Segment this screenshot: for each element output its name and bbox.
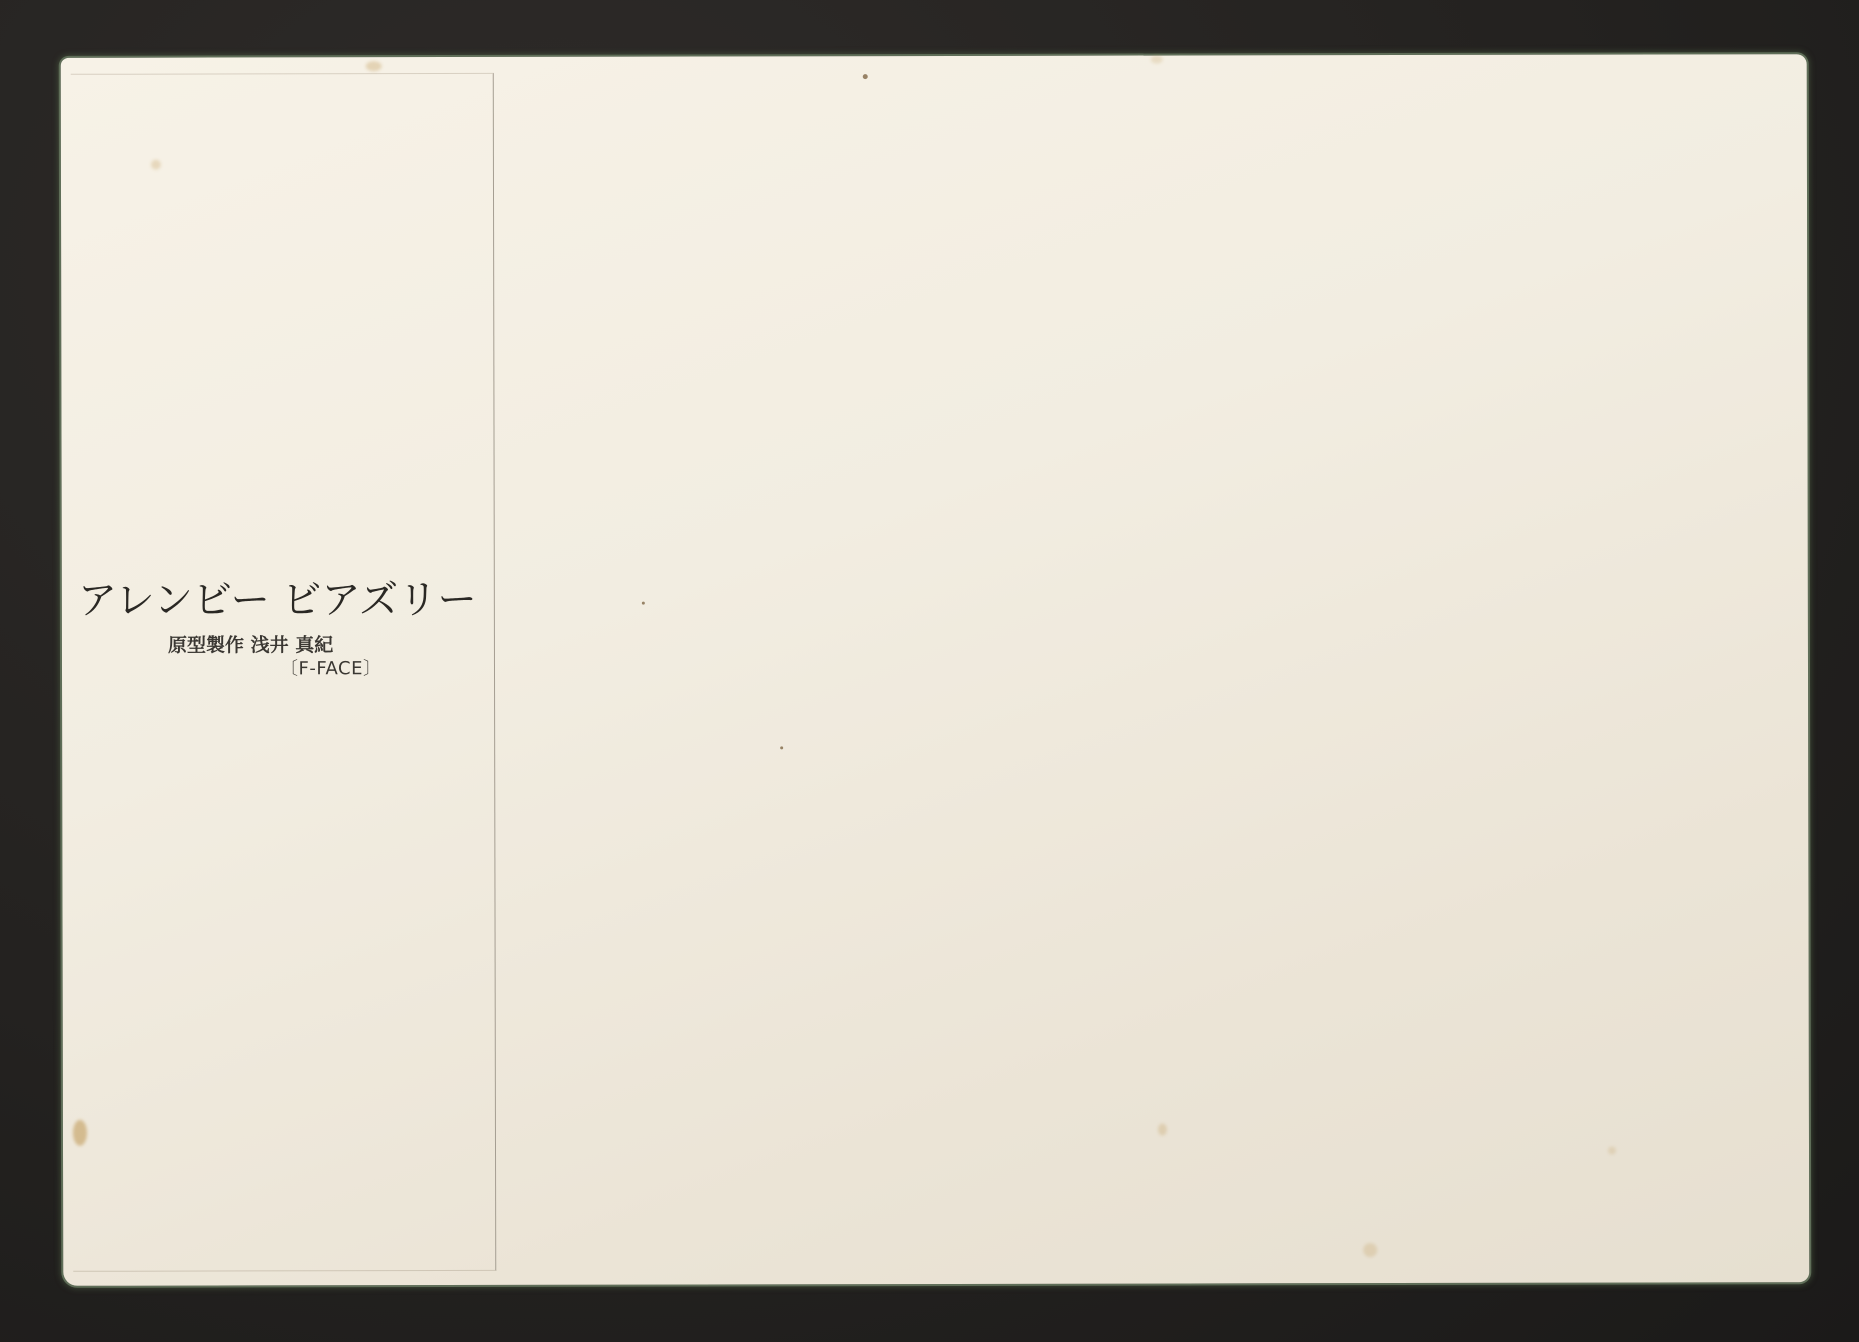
speck-mark	[780, 746, 783, 749]
stain-mark	[151, 160, 161, 170]
label-panel: アレンビー ビアズリー 原型製作 浅井 真紀 〔F-FACE〕	[71, 73, 497, 1272]
speck-mark	[863, 74, 868, 79]
stain-mark	[1608, 1147, 1616, 1155]
speck-mark	[642, 602, 645, 605]
box-lid: アレンビー ビアズリー 原型製作 浅井 真紀 〔F-FACE〕	[61, 54, 1810, 1286]
brand-name: 〔F-FACE〕	[280, 654, 382, 680]
stain-mark	[1158, 1124, 1167, 1136]
stain-mark	[1151, 56, 1163, 64]
stain-mark	[366, 61, 382, 71]
product-title: アレンビー ビアズリー	[78, 568, 484, 626]
stain-mark	[73, 1120, 87, 1146]
stain-mark	[1363, 1243, 1377, 1257]
